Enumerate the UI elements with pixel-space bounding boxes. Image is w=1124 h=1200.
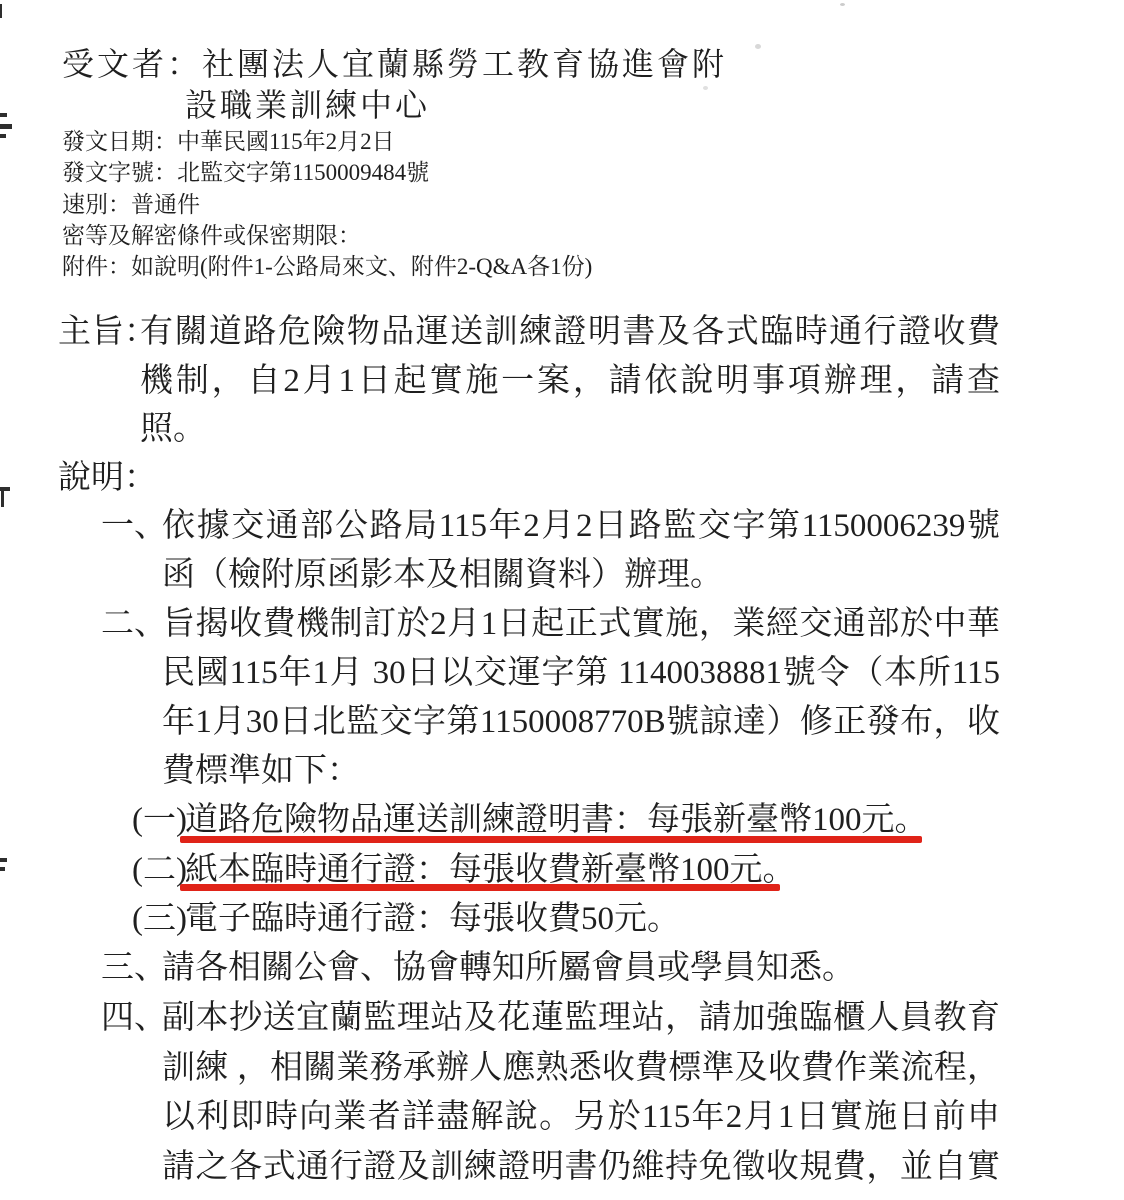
subject-line-3: 照。 bbox=[140, 410, 206, 449]
recipient-line-2: 設職業訓練中心 bbox=[185, 87, 430, 125]
meta-doc-number: 發文字號：北監交字第1150009484號 bbox=[62, 159, 429, 186]
fee1-text: 道路危險物品運送訓練證明書：每張新臺幣100元。 bbox=[185, 801, 928, 840]
item4-line-3: 以利即時向業者詳盡解說。另於115年2月1日實施日前申 bbox=[162, 1098, 1000, 1140]
scanned-official-letter: 受文者：社團法人宜蘭縣勞工教育協進會附 設職業訓練中心 發文日期：中華民國115… bbox=[0, 0, 1124, 1200]
item1-line-2: 函（檢附原函影本及相關資料）辦理。 bbox=[162, 556, 723, 595]
fee1-number: (一) bbox=[132, 801, 187, 840]
item1-line-1: 依據交通部公路局115年2月2日路監交字第1150006239號 bbox=[162, 507, 1000, 549]
item4-line-2: 訓練 ，相關業務承辦人應熟悉收費標準及收費作業流程， bbox=[162, 1049, 1000, 1091]
paper-speck bbox=[703, 86, 708, 90]
fee2-number: (二) bbox=[132, 851, 187, 890]
recipient-line-1: 受文者：社團法人宜蘭縣勞工教育協進會附 bbox=[62, 46, 727, 84]
explanation-label: 說明： bbox=[58, 459, 157, 498]
scan-artifact bbox=[0, 113, 7, 117]
meta-attachment: 附件：如說明(附件1-公路局來文、附件2-Q&A各1份) bbox=[62, 253, 592, 280]
fee3-text: 電子臨時通行證：每張收費50元。 bbox=[185, 900, 680, 939]
scan-artifact bbox=[0, 4, 2, 18]
item1-number: 一、 bbox=[101, 507, 167, 546]
scan-artifact bbox=[0, 858, 7, 862]
item4-number: 四、 bbox=[101, 999, 167, 1038]
red-underline-fee1 bbox=[180, 836, 922, 843]
item2-line-2: 民國115年1月 30日以交運字第 1140038881號令（本所115 bbox=[162, 654, 1000, 696]
item2-line-3: 年1月30日北監交字第1150008770B號諒達）修正發布，收 bbox=[162, 703, 1000, 745]
scan-artifact bbox=[1, 491, 4, 507]
subject-line-1: 有關道路危險物品運送訓練證明書及各式臨時通行證收費 bbox=[140, 313, 1000, 355]
item4-line-4: 請之各式通行證及訓練證明書仍維持免徵收規費，並自實 bbox=[162, 1148, 1000, 1190]
paper-speck bbox=[755, 44, 761, 49]
meta-issue-date: 發文日期：中華民國115年2月2日 bbox=[62, 128, 395, 155]
paper-speck bbox=[840, 3, 845, 6]
fee3-number: (三) bbox=[132, 900, 187, 939]
meta-speed: 速別：普通件 bbox=[62, 191, 200, 218]
scan-artifact bbox=[0, 134, 6, 138]
item2-line-1: 旨揭收費機制訂於2月1日起正式實施，業經交通部於中華 bbox=[162, 605, 1000, 647]
red-underline-fee2 bbox=[180, 884, 780, 891]
subject-line-2: 機制，自2月1日起實施一案，請依說明事項辦理，請查 bbox=[140, 362, 1000, 404]
item4-line-1: 副本抄送宜蘭監理站及花蓮監理站，請加強臨櫃人員教育 bbox=[162, 999, 1000, 1041]
item3-number: 三、 bbox=[101, 949, 167, 988]
meta-secrecy: 密等及解密條件或保密期限： bbox=[62, 222, 361, 249]
scan-artifact bbox=[0, 867, 5, 871]
item2-line-4: 費標準如下： bbox=[162, 752, 360, 791]
scan-artifact bbox=[0, 124, 12, 129]
item3-line-1: 請各相關公會、協會轉知所屬會員或學員知悉。 bbox=[162, 949, 855, 988]
item2-number: 二、 bbox=[101, 605, 167, 644]
